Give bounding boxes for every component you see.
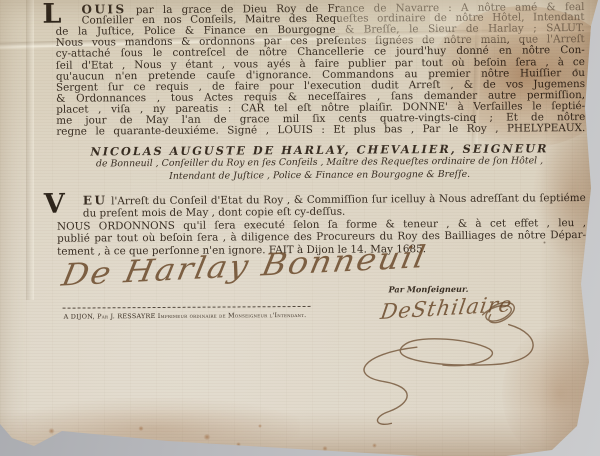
printer-imprint: A DIJON, Par J. RESSAYRE Imprimeur ordin… bbox=[64, 311, 324, 321]
veu-caps: EU bbox=[83, 193, 108, 207]
imprint-rule bbox=[63, 306, 311, 309]
drop-cap-L: L bbox=[42, 3, 61, 27]
royal-letter-paragraph: L OUIS par la grace de Dieu Roy de Franc… bbox=[55, 1, 585, 138]
foxing-spot bbox=[92, 438, 97, 443]
intendant-heading: NICOLAS AUGUSTE DE HARLAY, CHEVALIER, SE… bbox=[59, 141, 579, 184]
drop-cap-V: V bbox=[44, 193, 65, 217]
veu-clause: V EU l'Arreſt du Conſeil d'Etat du Roy ,… bbox=[57, 191, 586, 220]
document-paper: L OUIS par la grace de Dieu Roy de Franc… bbox=[0, 0, 600, 456]
royal-letter-line: regne le quarante-deuxiéme. Signé , LOUI… bbox=[56, 123, 585, 138]
signature-flourish bbox=[331, 298, 572, 440]
par-monseigneur-label: Par Monſeigneur. bbox=[388, 284, 468, 295]
printed-content: L OUIS par la grace de Dieu Roy de Franc… bbox=[0, 0, 600, 456]
photo-background: L OUIS par la grace de Dieu Roy de Franc… bbox=[0, 0, 600, 456]
